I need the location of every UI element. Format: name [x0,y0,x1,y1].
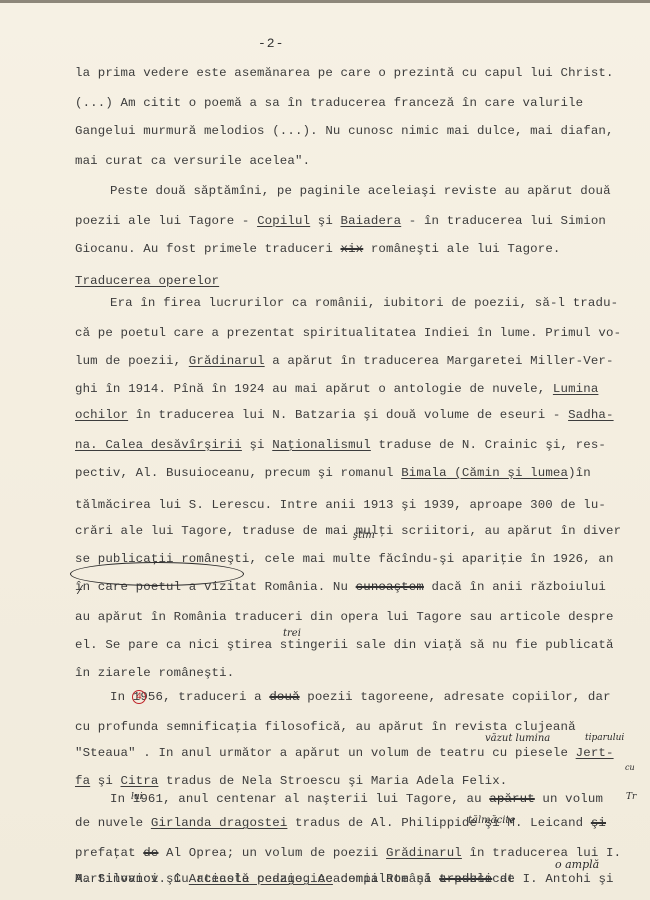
text-line: Gangelui murmură melodios (...). Nu cuno… [75,124,614,138]
text-run: pectiv, Al. Busuioceanu, precum şi roman… [75,466,401,480]
text-line: na. Calea desăvîrşirii şi Naţionalismul … [75,438,606,452]
text-line: tălmăcirea lui S. Lerescu. Intre anii 19… [75,498,606,512]
text-run: tălmăcirea lui S. Lerescu. Intre anii 19… [75,498,606,512]
text-run: în traducerea lui N. Batzaria şi două vo… [128,408,568,422]
text-run: în ziarele româneşti. [75,666,234,680]
text-line: la prima vedere este asemănarea pe care … [75,66,614,80]
underlined-title: Lumina [553,382,599,396]
text-run: Gangelui murmură melodios (...). Nu cuno… [75,124,614,138]
text-line: A. Silvanov. Cu această ocazie. Academia… [75,872,515,886]
underlined-title: Bimala [401,466,447,480]
text-line: "Steaua" . In anul următor a apărut un v… [75,746,614,760]
underlined-title: Sadha- [568,408,614,422]
text-line: prefaţat de Al Oprea; un volum de poezii… [75,846,621,860]
text-run: că pe poetul care a prezentat spirituali… [75,326,621,340]
text-run: prefaţat [75,846,143,860]
text-line: In 1956, traduceri a două poezii tagoree… [110,690,611,704]
underlined-title: Citra [121,774,159,788]
insert-mark-icon: ⁄ [79,583,81,597]
text-run: lum de poezii, [75,354,189,368]
text-line: poezii ale lui Tagore - Copilul şi Baiad… [75,214,606,228]
text-line: ochilor în traducerea lui N. Batzaria şi… [75,408,614,422]
text-run: traduse de N. Crainic şi, res- [371,438,606,452]
text-run: un volum [535,792,603,806]
underlined-title: fa [75,774,90,788]
text-line: că pe poetul care a prezentat spirituali… [75,326,621,340]
struck-text: două [269,690,299,704]
text-run: (...) Am citit o poemă a sa în traducere… [75,96,583,110]
handwritten-talmacite: tălmăcite [468,815,515,826]
text-run: Al Oprea; un volum de poezii [158,846,386,860]
text-line: pectiv, Al. Busuioceanu, precum şi roman… [75,466,591,480]
struck-text: apărut [489,792,535,806]
text-run: la prima vedere este asemănarea pe care … [75,66,614,80]
underlined-title: Grădinarul [189,354,265,368]
text-run: tradus de Nela Stroescu şi Maria Adela F… [158,774,507,788]
text-run: - în traducerea lui Simion [401,214,606,228]
underlined-title: Jert- [576,746,614,760]
text-line: crări ale lui Tagore, traduse de mai mul… [75,524,621,538]
text-line: Traducerea operelor [75,274,219,288]
text-run: "Steaua" . In anul următor a apărut un v… [75,746,576,760]
text-line: mai curat ca versurile acelea". [75,154,310,168]
footnote-marker: 4 [132,690,146,704]
underlined-title: Grădinarul [386,846,462,860]
text-run: tradus de Al. Philippide şi M. Leicand [287,816,590,830]
underlined-title: (Cămin şi lumea [447,466,568,480]
text-run: )în [568,466,591,480]
text-run: Era în firea lucrurilor ca românii, iubi… [110,296,618,310]
text-line: Peste două săptămîni, pe paginile acelei… [110,184,611,198]
text-line: cu profunda semnificaţia filosofică, au … [75,720,576,734]
text-run: şi [242,438,272,452]
page-top-edge [0,0,650,3]
text-line: Era în firea lucrurilor ca românii, iubi… [110,296,618,310]
handwritten-trei: trei [283,628,301,639]
underlined-title: Girlanda dragostei [151,816,288,830]
handwritten-o-ampla: o amplă [555,858,599,871]
text-line: In 1961, anul centenar al naşterii lui T… [110,792,603,806]
text-line: au apărut în România traduceri din opera… [75,610,614,624]
handwritten-lui: lui [131,792,143,802]
text-run: el. Se pare ca nici ştirea stingerii sal… [75,638,614,652]
text-line: (...) Am citit o poemă a sa în traducere… [75,96,583,110]
struck-text: cunoaştem [356,580,424,594]
text-line: fa şi Citra tradus de Nela Stroescu şi M… [75,774,507,788]
handwritten-cu: cu [625,763,635,772]
handwritten-stim: ştim [353,530,375,541]
text-line: el. Se pare ca nici ştirea stingerii sal… [75,638,614,652]
text-run: cu profunda semnificaţia filosofică, au … [75,720,576,734]
underlined-title: ochilor [75,408,128,422]
text-line: în ziarele româneşti. [75,666,234,680]
text-run: Peste două săptămîni, pe paginile acelei… [110,184,611,198]
text-line: de nuvele Girlanda dragostei tradus de A… [75,816,606,830]
text-run: A. Silvanov. Cu această ocazie. Academia… [75,872,515,886]
text-line: lum de poezii, Grădinarul a apărut în tr… [75,354,614,368]
text-run: româneşti ale lui Tagore. [363,242,560,256]
handwritten-tr: Tr [626,792,636,802]
text-run: şi [310,214,340,228]
text-run: dacă în anii războiului [424,580,606,594]
text-run: mai curat ca versurile acelea". [75,154,310,168]
document-page: -2- la prima vedere este asemănarea pe c… [0,0,650,900]
struck-text: xix [341,242,364,256]
text-run: In 1961, anul centenar al naşterii lui T… [110,792,489,806]
text-run: poezii tagoreene, adresate copiilor, dar [300,690,611,704]
struck-text: de [143,846,158,860]
page-number: -2- [258,36,284,51]
underlined-title: Naţionalismul [272,438,371,452]
text-run: au apărut în România traduceri din opera… [75,610,614,624]
text-run: de nuvele [75,816,151,830]
text-run: şi [90,774,120,788]
underlined-title: Traducerea operelor [75,274,219,288]
handwritten-tiparului: tiparului [585,733,624,743]
text-run: Giocanu. Au fost primele traduceri [75,242,341,256]
underlined-title: Baiadera [341,214,402,228]
text-run: a apărut în traducerea Margaretei Miller… [265,354,614,368]
struck-text: şi [591,816,606,830]
text-line: Giocanu. Au fost primele traduceri xix r… [75,242,561,256]
underlined-title: na. Calea desăvîrşirii [75,438,242,452]
handwritten-vazut-lumina: văzut lumina [485,733,550,744]
text-line: ghi în 1914. Pînă în 1924 au mai apărut … [75,382,598,396]
text-run: ghi în 1914. Pînă în 1924 au mai apărut … [75,382,553,396]
underlined-title: Copilul [257,214,310,228]
text-run: crări ale lui Tagore, traduse de mai mul… [75,524,621,538]
circled-phrase [70,562,244,586]
text-run: poezii ale lui Tagore - [75,214,257,228]
